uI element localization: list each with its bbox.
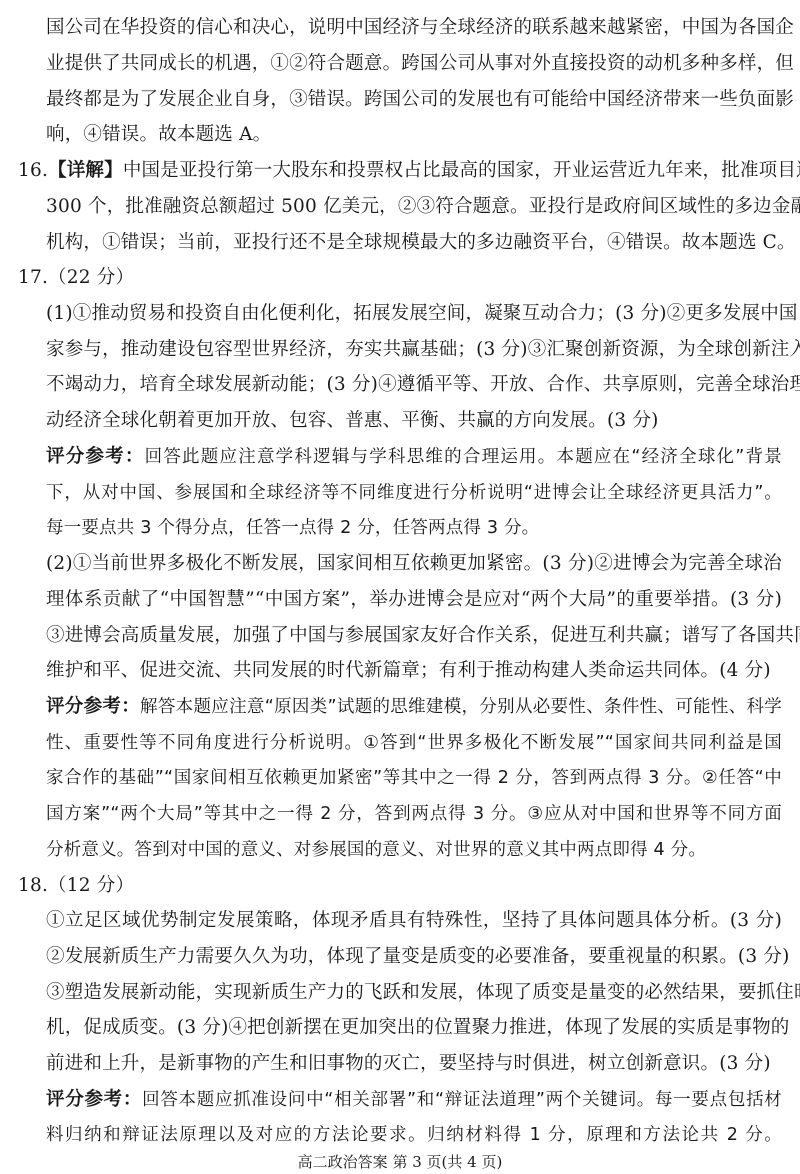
text-line: 机，促成质变。(3 分)④把创新摆在更加突出的位置聚力推进，体现了发展的实质是事… xyxy=(46,1017,782,1039)
text-line: 前进和上升，是新事物的产生和旧事物的灭亡，要坚持与时俱进，树立创新意识。(3 分… xyxy=(46,1053,782,1075)
text-line: 国方案”“两个大局”等其中之一得 2 分，答到两点得 3 分。③应从对中国和世界… xyxy=(46,803,782,825)
question-17-header: 17.（22 分） xyxy=(18,267,782,289)
text-line: 每一要点共 3 个得分点，任答一点得 2 分，任答两点得 3 分。 xyxy=(46,517,782,539)
text-line: 维护和平、促进交流、共同发展的时代新篇章；有利于推动构建人类命运共同体。(4 分… xyxy=(46,660,782,682)
question-16-first-line: 16.【详解】中国是亚投行第一大股东和投票权占比最高的国家，开业运营近九年来，批… xyxy=(18,160,782,182)
text-line: 回答本题应抓准设问中“相关部署”和“辩证法道理”两个关键词。每一要点包括材 xyxy=(142,1090,782,1110)
text-line: 家合作的基础”“国家间相互依赖更加紧密”等其中之一得 2 分，答到两点得 3 分… xyxy=(46,767,782,789)
text-line: 下，从对中国、参展国和全球经济等不同维度进行分析说明“进博会让全球经济更具活力”… xyxy=(46,482,782,504)
question-number: 16. xyxy=(18,160,48,181)
scoring-reference-label: 评分参考： xyxy=(46,696,140,717)
text-line: 解答本题应注意“原因类”试题的思维建模，分别从必要性、条件性、可能性、科学 xyxy=(140,697,782,717)
text-line: ③进博会高质量发展，加强了中国与参展国家友好合作关系，促进互利共赢；谱写了各国共… xyxy=(46,625,782,647)
scoring-reference-label: 评分参考： xyxy=(46,446,145,467)
text-line: 回答此题应注意学科逻辑与学科思维的合理运用。本题应在“经济全球化”背景 xyxy=(145,447,782,467)
text-line: (2)①当前世界多极化不断发展，国家间相互依赖更加紧密。(3 分)②进博会为完善… xyxy=(46,553,782,575)
page-footer: 高二政治答案 第 3 页(共 4 页) xyxy=(0,1152,800,1172)
text-line: 国公司在华投资的信心和决心，说明中国经济与全球经济的联系越来越紧密，中国为各国企 xyxy=(46,17,782,39)
text-line: 不竭动力，培育全球发展新动能；(3 分)④遵循平等、开放、合作、共享原则，完善全… xyxy=(46,374,782,396)
scoring-reference: 评分参考：回答此题应注意学科逻辑与学科思维的合理运用。本题应在“经济全球化”背景 xyxy=(46,446,782,468)
scoring-reference: 评分参考：解答本题应注意“原因类”试题的思维建模，分别从必要性、条件性、可能性、… xyxy=(46,696,782,718)
text-line: 业提供了共同成长的机遇，①②符合题意。跨国公司从事对外直接投资的动机多种多样，但 xyxy=(46,53,782,75)
text-line: 分析意义。答到对中国的意义、对参展国的意义、对世界的意义其中两点即得 4 分。 xyxy=(46,839,782,861)
text-line: 最终都是为了发展企业自身，③错误。跨国公司的发展也有可能给中国经济带来一些负面影 xyxy=(46,89,782,111)
answer-page: 国公司在华投资的信心和决心，说明中国经济与全球经济的联系越来越紧密，中国为各国企… xyxy=(0,0,800,1174)
text-line: 响，④错误。故本题选 A。 xyxy=(46,124,782,146)
text-line: 中国是亚投行第一大股东和投票权占比最高的国家，开业运营近九年来，批准项目近 xyxy=(123,160,800,181)
text-line: ①立足区域优势制定发展策略，体现矛盾具有特殊性，坚持了具体问题具体分析。(3 分… xyxy=(46,910,782,932)
text-line: 机构，①错误；当前，亚投行还不是全球规模最大的多边融资平台，④错误。故本题选 C… xyxy=(46,232,782,254)
scoring-reference: 评分参考：回答本题应抓准设问中“相关部署”和“辩证法道理”两个关键词。每一要点包… xyxy=(46,1089,782,1111)
text-line: ③塑造发展新动能，实现新质生产力的飞跃和发展，体现了质变是量变的必然结果，要抓住… xyxy=(46,982,782,1004)
text-line: 理体系贡献了“中国智慧”“中国方案”，举办进博会是应对“两个大局”的重要举措。(… xyxy=(46,589,782,611)
detail-tag: 【详解】 xyxy=(48,160,123,181)
text-line: 家参与，推动建设包容型世界经济，夯实共赢基础；(3 分)③汇聚创新资源，为全球创… xyxy=(46,339,782,361)
text-line: ②发展新质生产力需要久久为功，体现了量变是质变的必要准备，要重视量的积累。(3 … xyxy=(46,946,782,968)
text-line: 动经济全球化朝着更加开放、包容、普惠、平衡、共赢的方向发展。(3 分) xyxy=(46,410,782,432)
text-line: 300 个，批准融资总额超过 500 亿美元，②③符合题意。亚投行是政府间区域性… xyxy=(46,196,782,218)
scoring-reference-label: 评分参考： xyxy=(46,1089,142,1110)
text-line: (1)①推动贸易和投资自由化便利化，拓展发展空间，凝聚互动合力；(3 分)②更多… xyxy=(46,303,782,325)
question-18-header: 18.（12 分） xyxy=(18,875,782,897)
text-line: 料归纳和辩证法原理以及对应的方法论要求。归纳材料得 1 分，原理和方法论共 2 … xyxy=(46,1124,782,1146)
text-line: 性、重要性等不同角度进行分析说明。①答到“世界多极化不断发展”“国家间共同利益是… xyxy=(46,732,782,754)
